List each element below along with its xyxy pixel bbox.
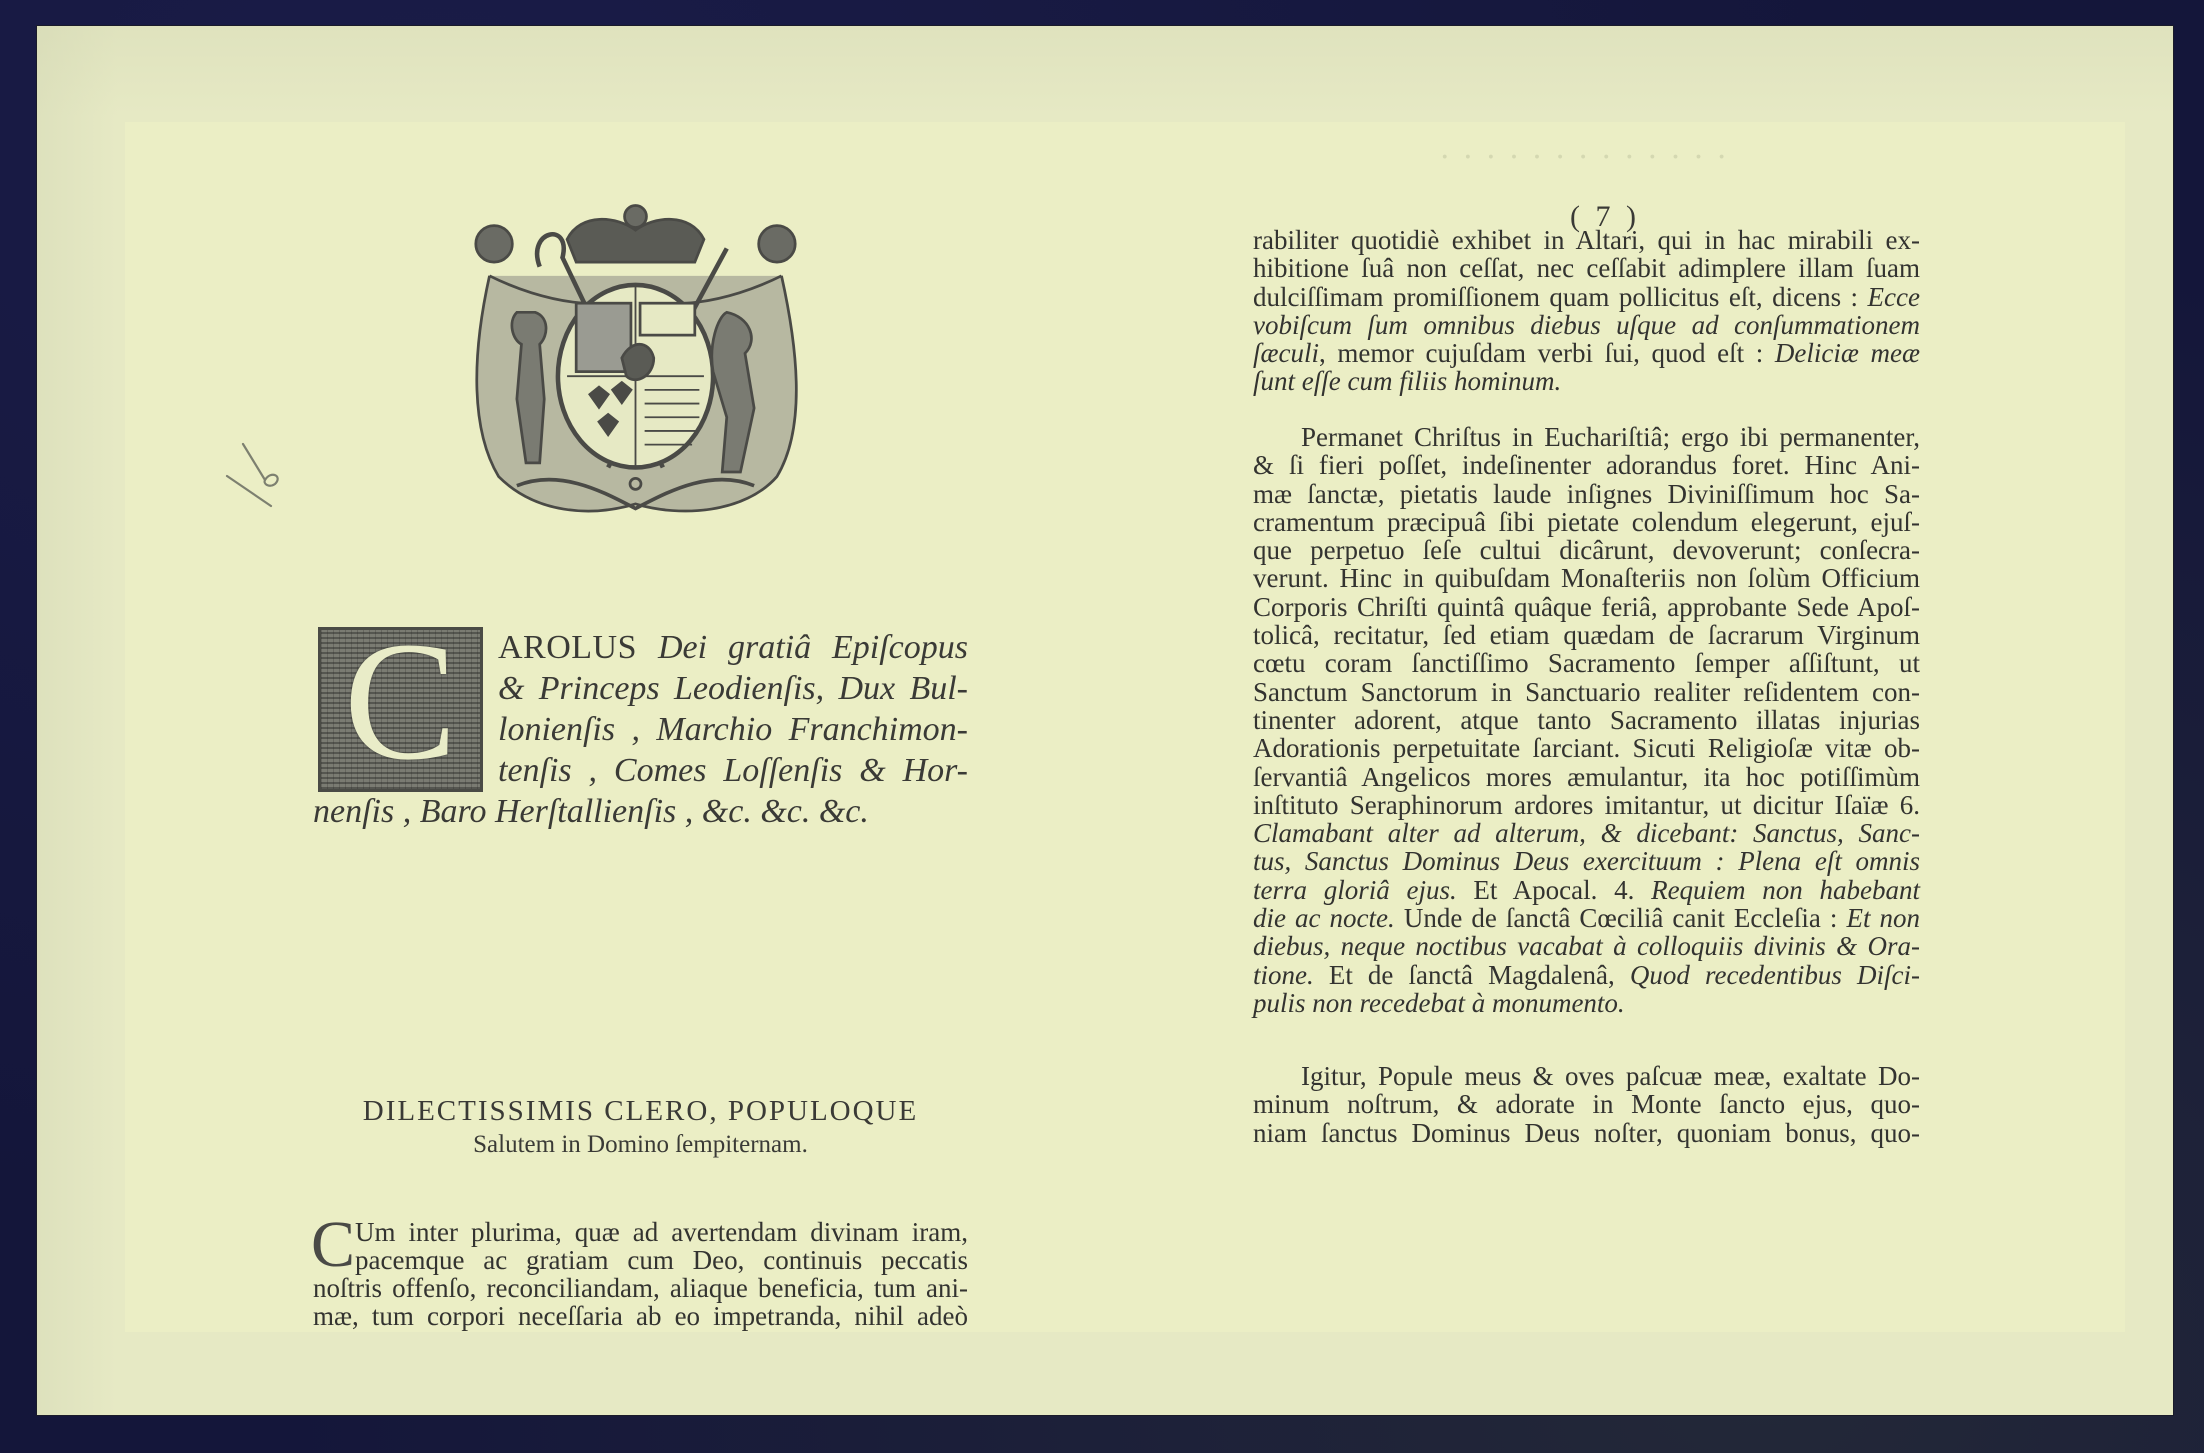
initial-letter: C — [311, 1212, 355, 1278]
text-line: tione. Et de ſanctâ Magdalenâ, Quod rece… — [1253, 961, 1920, 989]
address-heading: DILECTISSIMIS CLERO, POPULOQUE — [313, 1093, 968, 1129]
text-line: que perpetuo ſeſe cultui dicârunt, devov… — [1253, 536, 1920, 564]
text-line: Sanctum Sanctorum in Sanctuario realiter… — [1253, 678, 1920, 706]
text-line: mæ ſanctæ, pietatis laude inſignes Divin… — [1253, 480, 1920, 508]
text-line: & ſi fieri poſſet, indeſinenter adorandu… — [1253, 451, 1920, 479]
text-line: tinenter adorent, atque tanto Sacramento… — [1253, 706, 1920, 734]
text-line: terra gloriâ ejus. Et Apocal. 4. Requiem… — [1253, 876, 1920, 904]
text-line: ſunt eſſe cum filiis hominum. — [1253, 367, 1920, 395]
text-line: minum noſtrum, & adorate in Monte ſancto… — [1253, 1090, 1920, 1118]
coat-of-arms-icon — [453, 190, 818, 535]
text-line: Permanet Chriſtus in Euchariſtiâ; ergo i… — [1253, 423, 1920, 451]
title-line: & Princeps Leodienſis, Dux Bul- — [313, 668, 968, 709]
text-line: ſervantiâ Angelicos mores æmulantur, ita… — [1253, 763, 1920, 791]
text-line: cramentum præcipuâ ſibi pietate colendum… — [1253, 508, 1920, 536]
title-line: lonienſis , Marchio Franchimon- — [313, 709, 968, 750]
text-line: mæ, tum corpori neceſſaria ab eo impetra… — [313, 1302, 968, 1330]
text-line: pacemque ac gratiam cum Deo, continuis p… — [313, 1246, 968, 1274]
paragraph: Permanet Chriſtus in Euchariſtiâ; ergo i… — [1253, 423, 1920, 1017]
text-line: Adorationis perpetuitate ſarciant. Sicut… — [1253, 734, 1920, 762]
title-line: tenſis , Comes Loſſenſis & Hor- — [313, 750, 968, 791]
title-line: nenſis , Baro Herſtallienſis , &c. &c. &… — [313, 791, 968, 832]
text-line: Um inter plurima, quæ ad avertendam divi… — [313, 1218, 968, 1246]
text-line: cœtu coram ſanctiſſimo Sacramento ſemper… — [1253, 649, 1920, 677]
address-subheading: Salutem in Domino ſempiternam. — [313, 1129, 968, 1161]
bishop-titles: AROLUS Dei gratiâ Epiſcopus & Princeps L… — [313, 627, 968, 832]
text-line: diebus, neque noctibus vacabat à colloqu… — [1253, 932, 1920, 960]
address-block: DILECTISSIMIS CLERO, POPULOQUE Salutem i… — [313, 1093, 968, 1161]
text-line: tus, Sanctus Dominus Deus exercituum : P… — [1253, 847, 1920, 875]
text-line: niam ſanctus Dominus Deus noſter, quonia… — [1253, 1119, 1920, 1147]
left-body-text: C Um inter plurima, quæ ad avertendam di… — [313, 1218, 968, 1330]
text-line: tolicâ, recitatur, ſed etiam quædam de ſ… — [1253, 621, 1920, 649]
text-line: die ac nocte. Unde de ſanctâ Cœciliâ can… — [1253, 904, 1920, 932]
text-line: verunt. Hinc in quibuſdam Monaſteriis no… — [1253, 564, 1920, 592]
text-line: Clamabant alter ad alterum, & dicebant: … — [1253, 819, 1920, 847]
text-line: vobiſcum ſum omnibus diebus uſque ad con… — [1253, 311, 1920, 339]
text-line: pulis non recedebat à monumento. — [1253, 989, 1920, 1017]
text-line: dulciſſimam promiſſionem quam pollicitus… — [1253, 283, 1920, 311]
text-line: inſtituto Seraphinorum ardores imitantur… — [1253, 791, 1920, 819]
show-through-text: · · · · · · · · · · · · · — [1440, 140, 1728, 175]
text-line: ſæculi, memor cujuſdam verbi ſui, quod e… — [1253, 339, 1920, 367]
pencil-annotation-icon — [225, 440, 285, 510]
text-line: Igitur, Popule meus & oves paſcuæ meæ, e… — [1253, 1062, 1920, 1090]
text-line: rabiliter quotidiè exhibet in Altari, qu… — [1253, 226, 1920, 254]
text-line: noſtris offenſo, reconciliandam, aliaque… — [313, 1274, 968, 1302]
paragraph: Igitur, Popule meus & oves paſcuæ meæ, e… — [1253, 1062, 1920, 1147]
paragraph: rabiliter quotidiè exhibet in Altari, qu… — [1253, 226, 1920, 396]
text-line: hibitione ſuâ non ceſſat, nec ceſſabit a… — [1253, 254, 1920, 282]
title-line: AROLUS Dei gratiâ Epiſcopus — [313, 627, 968, 668]
text-line: Corporis Chriſti quintâ quâque feriâ, ap… — [1253, 593, 1920, 621]
